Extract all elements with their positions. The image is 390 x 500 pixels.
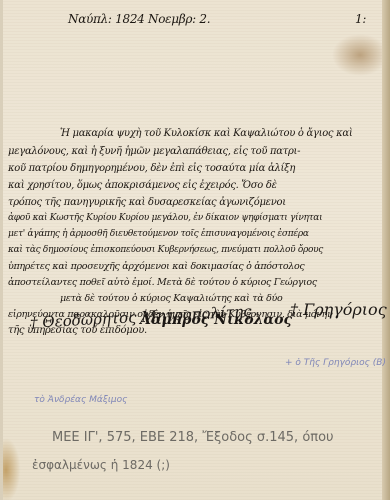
body-line: μετ' ἀγάπης ἡ ἀρμοσθῆ διευθετούμενον τοῖ… <box>8 229 309 239</box>
body-line: τρόπος τῆς πανηγυρικῆς καὶ δυσαρεσκείας … <box>8 197 286 208</box>
blue-pencil-note-left: τὸ Ἀνδρέας Μάξιμος <box>34 395 127 405</box>
signature-lampros: Λάμπρος Νικόλαος <box>140 312 292 328</box>
page-edge-left <box>0 0 3 500</box>
body-line: ἀποστείλαντες ποθεῖ αὐτὸ ἐμοί. Μετὰ δὲ τ… <box>8 277 317 288</box>
body-line: ἀφοῦ καὶ Κωστῆς Κυρίου Κυρίου μεγάλου, ἐ… <box>8 213 322 223</box>
body-line: καὶ χρησίτου, ὅμως ἀποκρισάμενος εἰς ἐχε… <box>8 180 277 191</box>
page-number: 1: <box>355 12 366 26</box>
blue-pencil-note-right: + ὁ Τῆς Γρηγόριος (Β) <box>285 358 386 368</box>
signature-grigorios: † Γρηγόριος <box>290 300 387 319</box>
body-line: Ἡ μακαρία ψυχὴ τοῦ Κυλοκίσκ καὶ Καψαλιώτ… <box>60 128 352 139</box>
place-date-header: Ναύπλ: 1824 Νοεμβρ: 2. <box>68 12 210 26</box>
manuscript-page: Ναύπλ: 1824 Νοεμβρ: 2. 1: Ἡ μακαρία ψυχὴ… <box>0 0 390 500</box>
body-line: κοῦ πατρίου δημηγορημένου, δὲν ἐπὶ εἰς τ… <box>8 163 295 174</box>
pencil-archival-reference: ΜΕΕ ΙΓ', 575, ΕΒΕ 218, Ἔξοδος σ.145, όπο… <box>52 430 334 445</box>
page-edge-right <box>382 0 390 500</box>
body-line: ὑπηρέτες καὶ προσευχῆς ἀρχόμενοι καὶ δοκ… <box>8 261 304 272</box>
body-line: καὶ τὰς δημοσίους ἐπισκοπεύουσι Κυβερνήσ… <box>8 245 323 255</box>
body-line: μεγαλόνους, καὶ ἡ ξυνῆ ἡμῶν μεγαλαπάθεια… <box>8 146 300 157</box>
pencil-date-note: ἐσφαλμένως ἡ 1824 (;) <box>32 458 170 472</box>
